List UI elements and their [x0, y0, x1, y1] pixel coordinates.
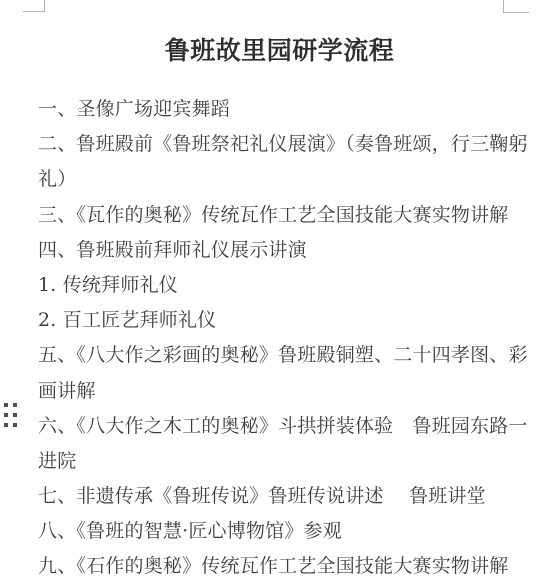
doc-line-3: 礼）	[38, 162, 528, 197]
doc-line-13: 八、《鲁班的智慧·匠心博物馆》参观	[38, 514, 528, 549]
doc-line-14: 九、《石作的奥秘》传统瓦作工艺全国技能大赛实物讲解	[38, 549, 528, 584]
doc-line-2: 二、鲁班殿前《鲁班祭祀礼仪展演》（奏鲁班颂，行三鞠躬	[38, 127, 528, 162]
drag-handle-dot	[13, 423, 17, 427]
drag-handle-dot	[13, 403, 17, 407]
drag-handle-dot	[13, 413, 17, 417]
page-title: 鲁班故里园研学流程	[0, 31, 559, 67]
doc-line-7: 2. 百工匠艺拜师礼仪	[38, 303, 528, 338]
doc-line-1: 一、圣像广场迎宾舞蹈	[38, 92, 528, 127]
page-margin-mark-top-left-horizontal	[23, 11, 45, 12]
document-page: { "page": { "background_color": "#ffffff…	[0, 0, 559, 584]
doc-line-12: 七、非遗传承《鲁班传说》鲁班传说讲述 鲁班讲堂	[38, 479, 528, 514]
doc-line-6: 1. 传统拜师礼仪	[38, 268, 528, 303]
drag-handle-icon[interactable]	[4, 403, 17, 427]
drag-handle-dot	[4, 403, 8, 407]
page-margin-mark-top-right-horizontal	[503, 12, 529, 13]
doc-line-8: 五、《八大作之彩画的奥秘》鲁班殿铜塑、二十四孝图、彩	[38, 338, 528, 373]
doc-line-4: 三、《瓦作的奥秘》传统瓦作工艺全国技能大赛实物讲解	[38, 198, 528, 233]
drag-handle-dot	[4, 423, 8, 427]
drag-handle-dot	[4, 413, 8, 417]
doc-line-11: 进院	[38, 444, 528, 479]
doc-line-9: 画讲解	[38, 374, 528, 409]
doc-line-10: 六、《八大作之木工的奥秘》斗拱拼装体验 鲁班园东路一	[38, 409, 528, 444]
doc-line-5: 四、鲁班殿前拜师礼仪展示讲演	[38, 233, 528, 268]
document-body: 一、圣像广场迎宾舞蹈 二、鲁班殿前《鲁班祭祀礼仪展演》（奏鲁班颂，行三鞠躬 礼）…	[38, 92, 528, 584]
